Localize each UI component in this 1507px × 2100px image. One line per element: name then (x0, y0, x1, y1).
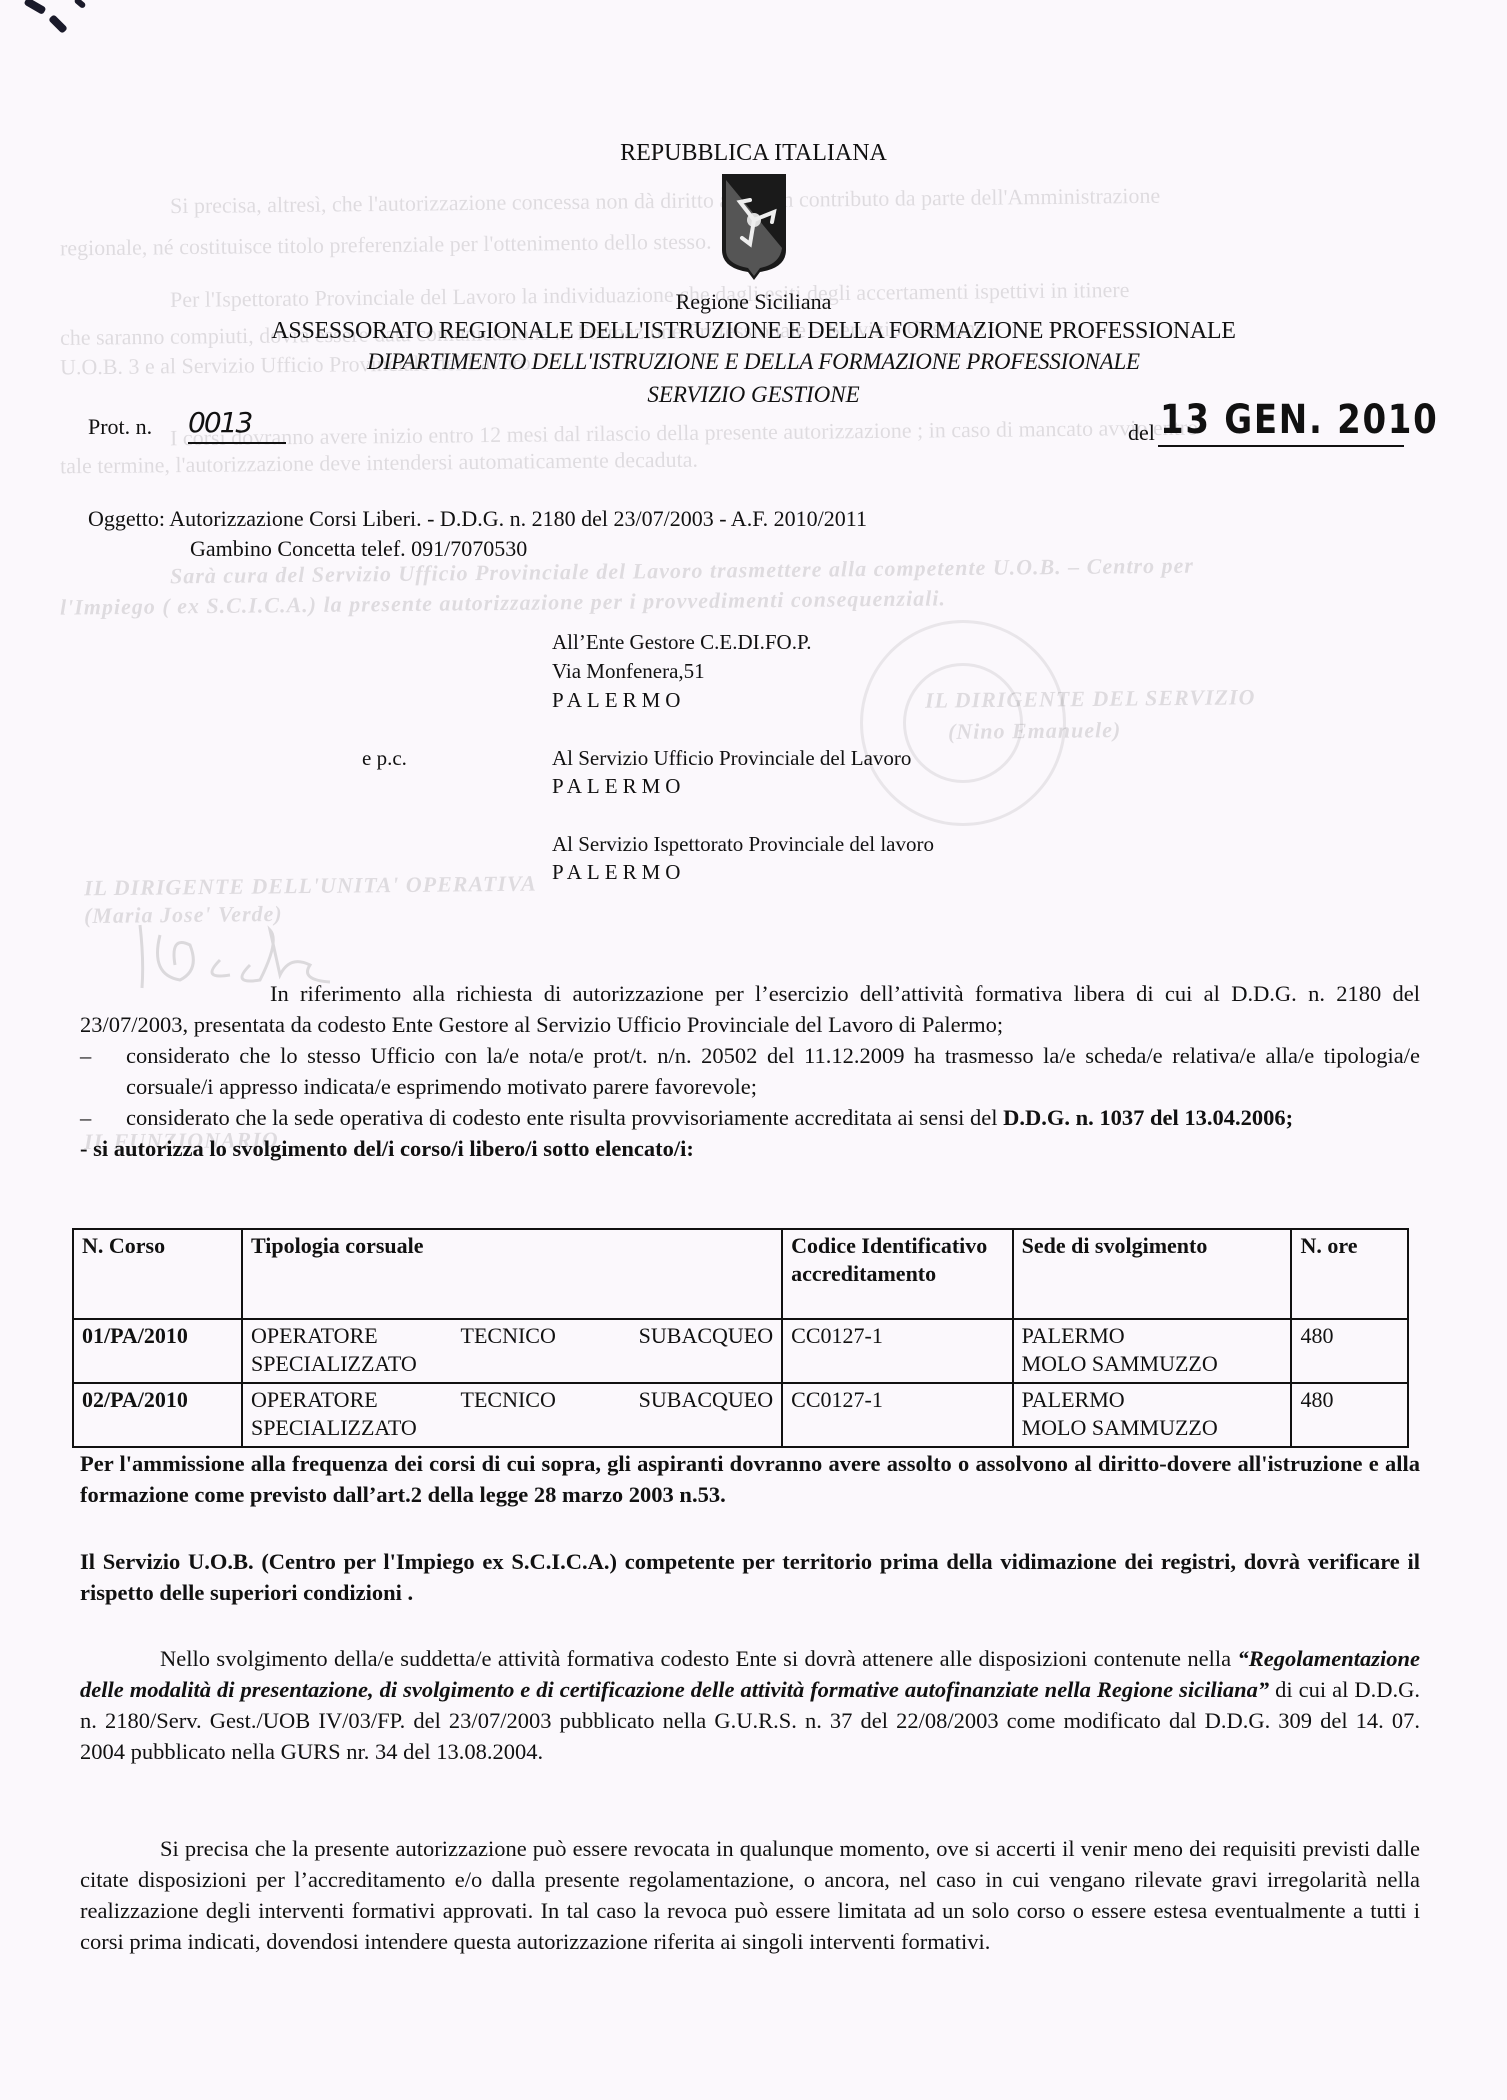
uob-paragraph: Il Servizio U.O.B. (Centro per l'Impiego… (80, 1546, 1420, 1608)
admission-paragraph: Per l'ammissione alla frequenza dei cors… (80, 1448, 1420, 1510)
cc-recipient-2-city: PALERMO (552, 860, 685, 885)
col-header-codice: Codice Identificativo accreditamento (782, 1229, 1012, 1319)
col-header-tipologia: Tipologia corsuale (242, 1229, 782, 1319)
ghost-text: tale termine, l'autorizzazione deve inte… (60, 447, 698, 480)
date-stamp: 13 GEN. 2010 (1160, 397, 1381, 443)
cc-recipient-1-name: Al Servizio Ufficio Provinciale del Lavo… (552, 746, 911, 771)
subject-text: Autorizzazione Corsi Liberi. - D.D.G. n.… (169, 506, 867, 531)
body-section: In riferimento alla richiesta di autoriz… (80, 978, 1420, 1164)
tipologia-word: SUBACQUEO (639, 1322, 773, 1350)
bullet-text-bold: D.D.G. n. 1037 del 13.04.2006; (1003, 1105, 1293, 1130)
regulation-paragraph: Nello svolgimento della/e suddetta/e att… (80, 1643, 1420, 1767)
cc-label: e p.c. (362, 746, 407, 771)
ghost-text: l'Impiego ( ex S.C.I.C.A.) la presente a… (60, 585, 946, 620)
cell-codice: CC0127-1 (782, 1383, 1012, 1447)
consideration-bullet-2: – considerato che la sede operativa di c… (80, 1102, 1420, 1133)
col-header-ore: N. ore (1291, 1229, 1408, 1319)
tipologia-word: SUBACQUEO (639, 1386, 773, 1414)
subject-label: Oggetto: (88, 506, 165, 531)
cell-sede: PALERMO MOLO SAMMUZZO (1013, 1383, 1292, 1447)
region-name: Regione Siciliana (0, 289, 1507, 315)
cell-tipologia: OPERATORETECNICOSUBACQUEO SPECIALIZZATO (242, 1383, 782, 1447)
recipient-primary-name: All’Ente Gestore C.E.DI.FO.P. (552, 630, 812, 655)
ghost-text: Si precisa, altresì, che l'autorizzazion… (170, 183, 1160, 219)
cell-n-corso: 02/PA/2010 (73, 1383, 242, 1447)
cell-ore: 480 (1291, 1319, 1408, 1383)
cell-ore: 480 (1291, 1383, 1408, 1447)
ghost-signature-title: IL DIRIGENTE DELL'UNITA' OPERATIVA (84, 871, 537, 902)
tipologia-word: OPERATORE (251, 1386, 378, 1414)
consideration-bullet-1: – considerato che lo stesso Ufficio con … (80, 1040, 1420, 1102)
col-header-sede: Sede di svolgimento (1013, 1229, 1292, 1319)
bullet-dash: – (80, 1102, 91, 1133)
subject-line: Oggetto: Autorizzazione Corsi Liberi. - … (88, 506, 867, 532)
trinacria-emblem-icon (720, 172, 788, 282)
staple-mark (48, 14, 68, 34)
tipologia-word: TECNICO (461, 1386, 556, 1414)
col-header-n-corso: N. Corso (73, 1229, 242, 1319)
date-underline (1158, 445, 1404, 447)
bullet-dash: – (80, 1040, 91, 1071)
cell-sede: PALERMO MOLO SAMMUZZO (1013, 1319, 1292, 1383)
intro-paragraph: In riferimento alla richiesta di autoriz… (80, 978, 1420, 1040)
ghost-signature-title: IL DIRIGENTE DEL SERVIZIO (925, 684, 1256, 713)
revocation-paragraph: Si precisa che la presente autorizzazion… (80, 1833, 1420, 1957)
subject-contact: Gambino Concetta telef. 091/7070530 (190, 536, 527, 562)
recipient-primary-address: Via Monfenera,51 (552, 659, 705, 684)
sede-city: PALERMO (1022, 1386, 1283, 1414)
cell-n-corso: 01/PA/2010 (73, 1319, 242, 1383)
tipologia-word: TECNICO (461, 1322, 556, 1350)
table-row: 01/PA/2010 OPERATORETECNICOSUBACQUEO SPE… (73, 1319, 1408, 1383)
ghost-text: regionale, né costituisce titolo prefere… (60, 229, 712, 262)
tipologia-line2: SPECIALIZZATO (251, 1414, 773, 1442)
assessorato-name: ASSESSORATO REGIONALE DELL'ISTRUZIONE E … (0, 318, 1507, 345)
authorization-statement: - si autorizza lo svolgimento del/i cors… (80, 1133, 1420, 1164)
ghost-signature-name: (Nino Emanuele) (948, 717, 1122, 745)
protocol-number: 0013 (188, 406, 286, 444)
cc-recipient-2-name: Al Servizio Ispettorato Provinciale del … (552, 832, 934, 857)
tipologia-line2: SPECIALIZZATO (251, 1350, 773, 1378)
republic-title: REPUBBLICA ITALIANA (0, 140, 1507, 167)
sede-location: MOLO SAMMUZZO (1022, 1350, 1283, 1378)
sede-location: MOLO SAMMUZZO (1022, 1414, 1283, 1442)
bullet-text: considerato che la sede operativa di cod… (126, 1105, 1003, 1130)
tipologia-word: OPERATORE (251, 1322, 378, 1350)
regulation-text: Nello svolgimento della/e suddetta/e att… (160, 1646, 1237, 1671)
staple-mark (23, 0, 46, 15)
cell-tipologia: OPERATORETECNICOSUBACQUEO SPECIALIZZATO (242, 1319, 782, 1383)
protocol-label: Prot. n. (88, 414, 152, 440)
table-row: 02/PA/2010 OPERATORETECNICOSUBACQUEO SPE… (73, 1383, 1408, 1447)
staple-mark (73, 0, 86, 9)
dipartimento-name: DIPARTIMENTO DELL'ISTRUZIONE E DELLA FOR… (0, 349, 1507, 375)
cc-recipient-1-city: PALERMO (552, 774, 685, 799)
date-label: del (1128, 420, 1155, 446)
table-header-row: N. Corso Tipologia corsuale Codice Ident… (73, 1229, 1408, 1319)
courses-table: N. Corso Tipologia corsuale Codice Ident… (72, 1228, 1409, 1448)
bullet-text: considerato che lo stesso Ufficio con la… (126, 1043, 1420, 1099)
sede-city: PALERMO (1022, 1322, 1283, 1350)
recipient-primary-city: PALERMO (552, 688, 685, 713)
cell-codice: CC0127-1 (782, 1319, 1012, 1383)
